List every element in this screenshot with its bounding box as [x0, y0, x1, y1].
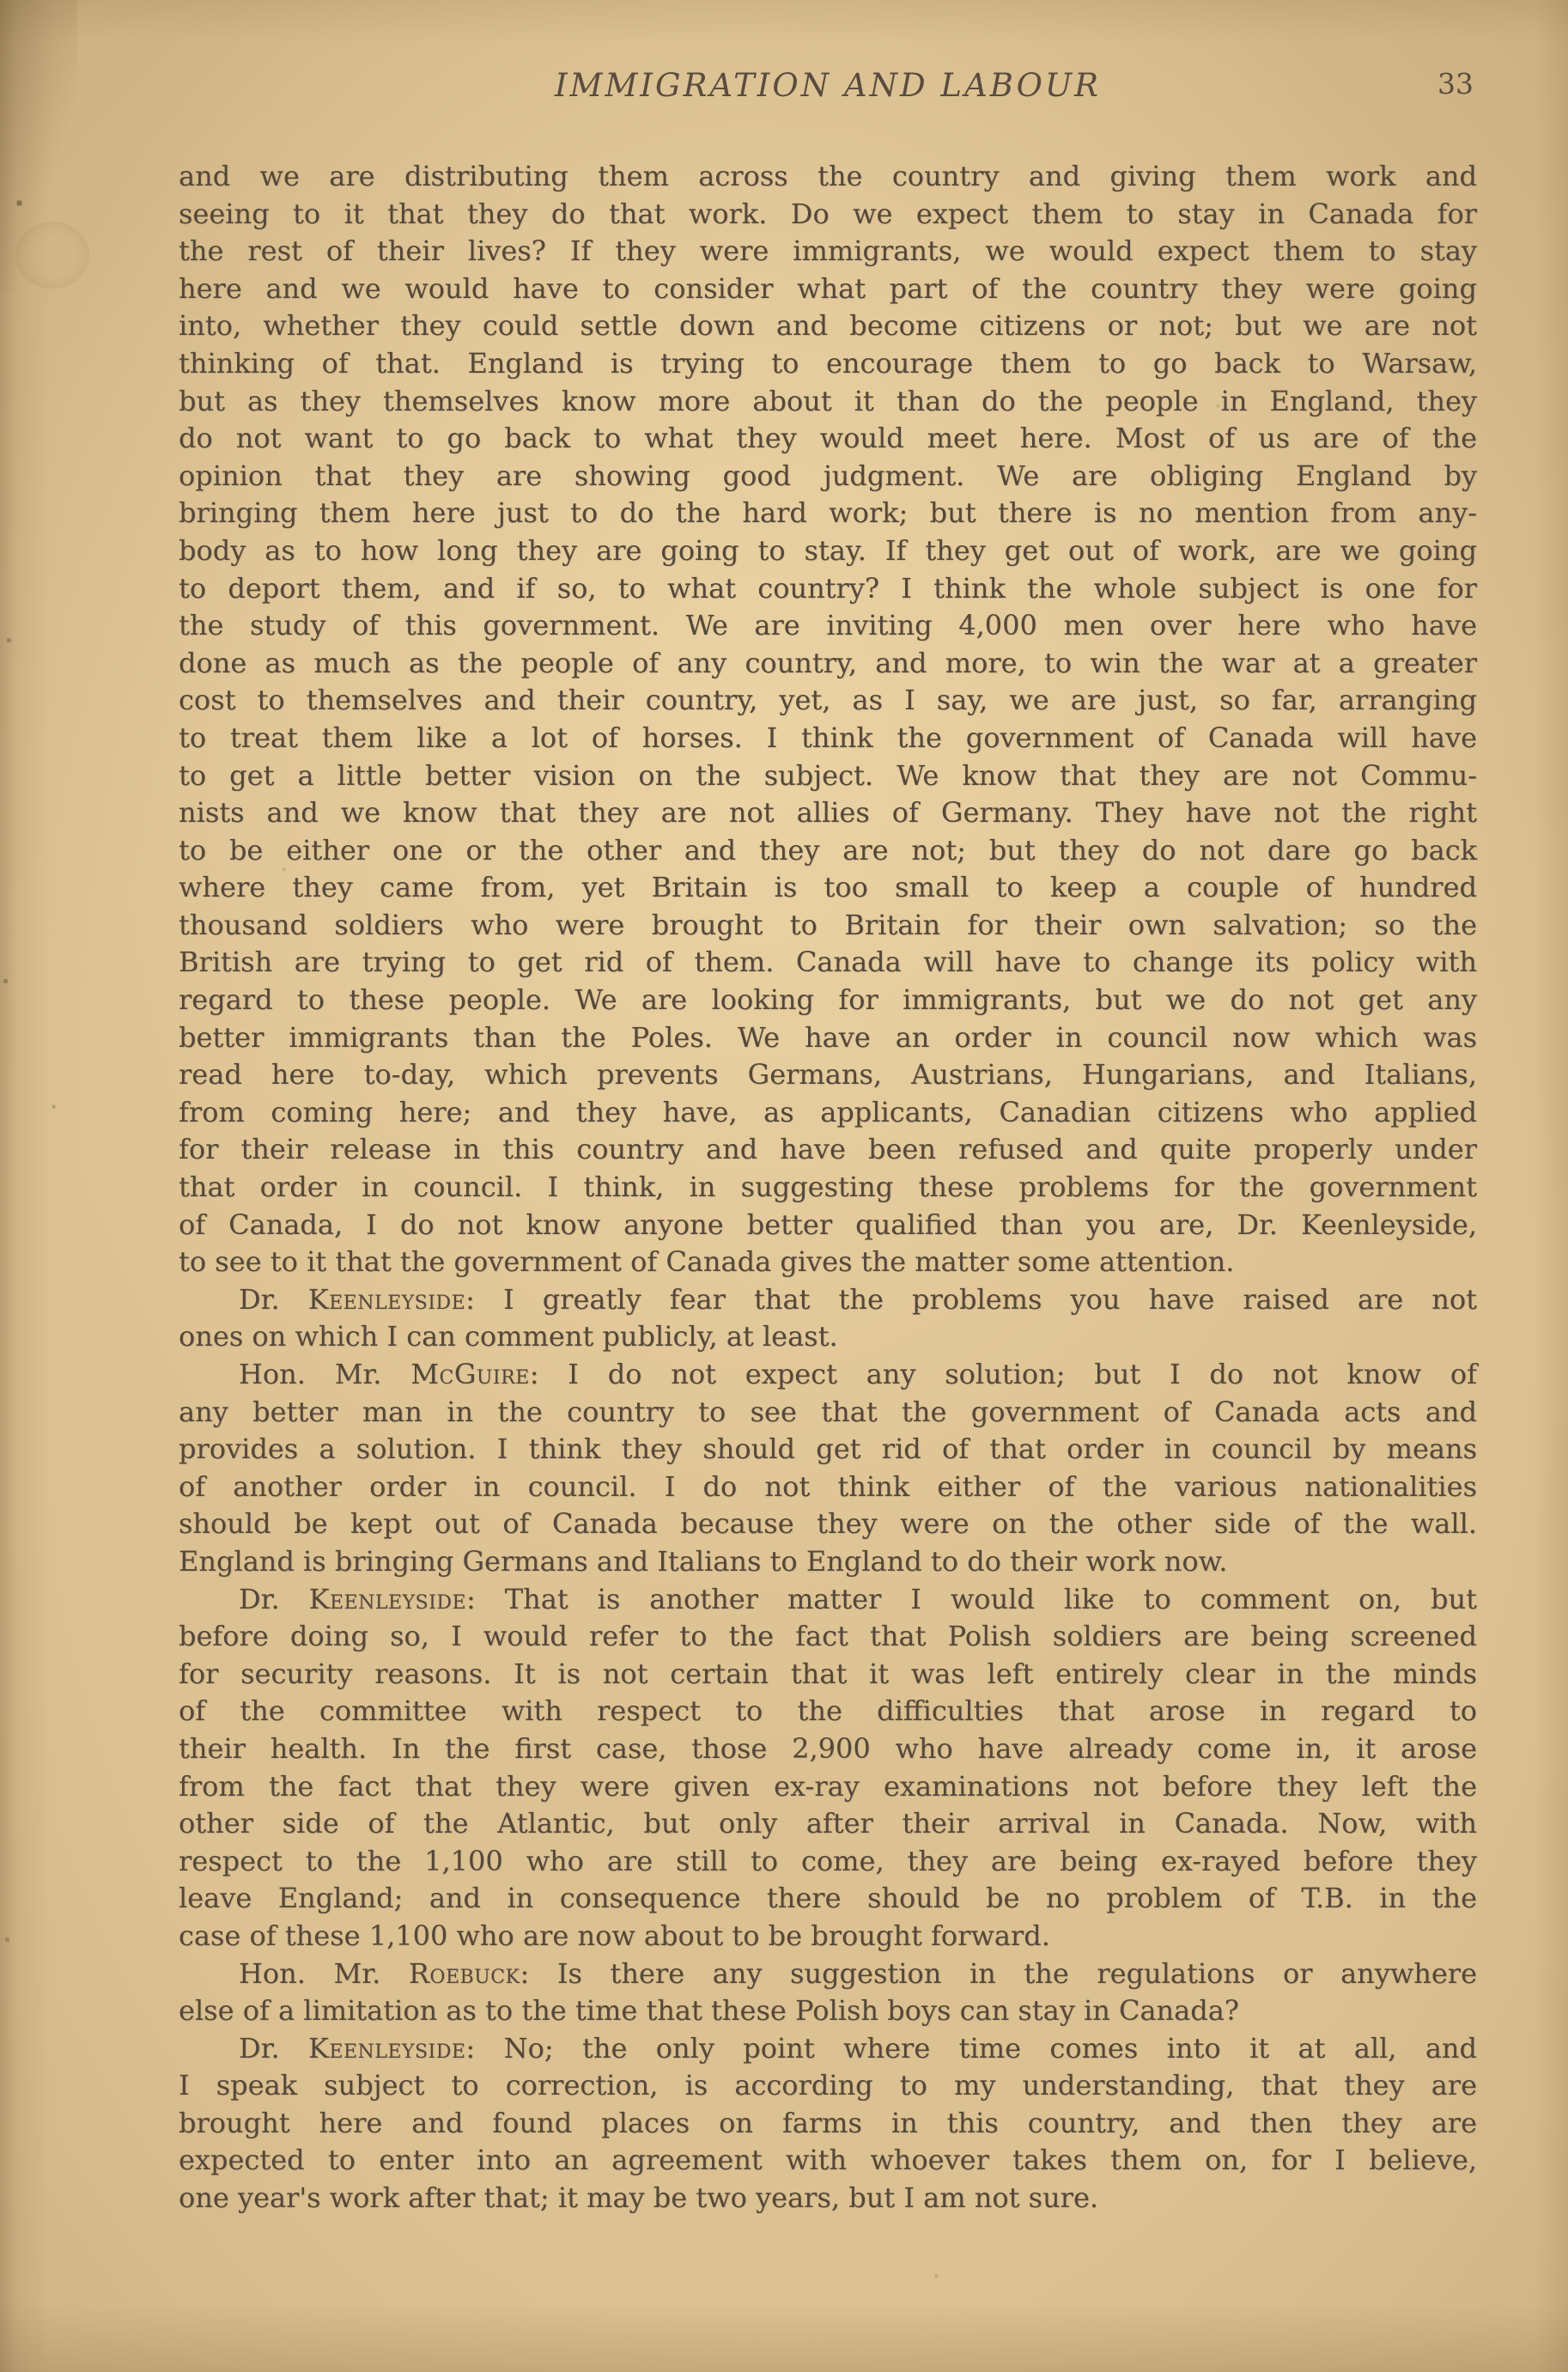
text-line: here and we would have to consider what … [179, 271, 1477, 308]
text-line: to see to it that the government of Cana… [179, 1244, 1477, 1281]
text-line: of the committee with respect to the dif… [179, 1693, 1477, 1730]
speaker-name: Dr. Keenleyside: [239, 1283, 475, 1316]
paper-specks [0, 0, 1, 1]
text-line: Hon. Mr. Roebuck: Is there any suggestio… [179, 1955, 1477, 1993]
speaker-name: Dr. Keenleyside: [239, 2032, 475, 2065]
text-line: where they came from, yet Britain is too… [179, 869, 1477, 907]
page-corner-shadow [0, 0, 77, 292]
text-line: into, whether they could settle down and… [179, 307, 1477, 345]
text-line: regard to these people. We are looking f… [179, 982, 1477, 1019]
text-line: for their release in this country and ha… [179, 1131, 1477, 1169]
text-line: provides a solution. I think they should… [179, 1431, 1477, 1469]
text-line: one year's work after that; it may be tw… [179, 2180, 1477, 2217]
paragraph: Hon. Mr. McGuire: I do not expect any so… [179, 1356, 1477, 1581]
text-line: Dr. Keenleyside: No; the only point wher… [179, 2030, 1477, 2068]
text-line: to treat them like a lot of horses. I th… [179, 720, 1477, 757]
document-body: and we are distributing them across the … [179, 158, 1477, 2217]
speaker-surname: McGuire [410, 1358, 530, 1390]
running-head-title: IMMIGRATION AND LABOUR [179, 67, 1477, 104]
text-line: bringing them here just to do the hard w… [179, 495, 1477, 532]
text-line: and we are distributing them across the … [179, 158, 1477, 196]
paragraph: Dr. Keenleyside: That is another matter … [179, 1581, 1477, 1955]
text-line: read here to-day, which prevents Germans… [179, 1056, 1477, 1094]
text-line: I speak subject to correction, is accord… [179, 2067, 1477, 2105]
speaker-name: Hon. Mr. McGuire: [239, 1358, 539, 1390]
text-line: opinion that they are showing good judgm… [179, 458, 1477, 496]
speaker-surname: Keenleyside [308, 1283, 465, 1316]
text-line: from the fact that they were given ex-ra… [179, 1768, 1477, 1806]
paragraph: and we are distributing them across the … [179, 158, 1477, 1281]
page-number: 33 [1437, 67, 1474, 100]
text-line: British are trying to get rid of them. C… [179, 944, 1477, 982]
paper-stain [15, 222, 89, 289]
text-line: better immigrants than the Poles. We hav… [179, 1019, 1477, 1057]
speaker-surname: Keenleyside [308, 2032, 465, 2065]
text-line: of another order in council. I do not th… [179, 1469, 1477, 1506]
speaker-name: Dr. Keenleyside: [239, 1583, 476, 1615]
text-line: seeing to it that they do that work. Do … [179, 196, 1477, 234]
scanned-page: IMMIGRATION AND LABOUR 33 and we are dis… [0, 0, 1568, 2372]
text-line: but as they themselves know more about i… [179, 383, 1477, 421]
text-line: nists and we know that they are not alli… [179, 794, 1477, 832]
text-line: expected to enter into an agreement with… [179, 2142, 1477, 2180]
text-line: to deport them, and if so, to what count… [179, 570, 1477, 608]
text-line: for security reasons. It is not certain … [179, 1656, 1477, 1694]
text-line: brought here and found places on farms i… [179, 2105, 1477, 2143]
text-line: Hon. Mr. McGuire: I do not expect any so… [179, 1356, 1477, 1394]
text-line: the study of this government. We are inv… [179, 607, 1477, 645]
text-line: cost to themselves and their country, ye… [179, 682, 1477, 720]
text-line: case of these 1,100 who are now about to… [179, 1918, 1477, 1955]
text-line: before doing so, I would refer to the fa… [179, 1618, 1477, 1656]
text-line: should be kept out of Canada because the… [179, 1505, 1477, 1543]
text-line: body as to how long they are going to st… [179, 532, 1477, 570]
text-line: other side of the Atlantic, but only aft… [179, 1805, 1477, 1843]
text-line: else of a limitation as to the time that… [179, 1992, 1477, 2030]
text-line: any better man in the country to see tha… [179, 1394, 1477, 1432]
text-line: from coming here; and they have, as appl… [179, 1094, 1477, 1132]
text-line: Dr. Keenleyside: That is another matter … [179, 1581, 1477, 1619]
text-line: thousand soldiers who were brought to Br… [179, 907, 1477, 945]
paragraph: Dr. Keenleyside: No; the only point wher… [179, 2030, 1477, 2217]
text-line: that order in council. I think, in sugge… [179, 1169, 1477, 1207]
page-header: IMMIGRATION AND LABOUR 33 [179, 67, 1477, 110]
text-line: the rest of their lives? If they were im… [179, 233, 1477, 271]
text-line: done as much as the people of any countr… [179, 645, 1477, 683]
text-line: respect to the 1,100 who are still to co… [179, 1843, 1477, 1881]
text-line: thinking of that. England is trying to e… [179, 345, 1477, 383]
text-line: England is bringing Germans and Italians… [179, 1543, 1477, 1581]
text-line: Dr. Keenleyside: I greatly fear that the… [179, 1281, 1477, 1319]
text-line: leave England; and in consequence there … [179, 1880, 1477, 1918]
speaker-surname: Keenleyside [309, 1583, 466, 1615]
speaker-surname: Roebuck [409, 1957, 520, 1990]
text-line: ones on which I can comment publicly, at… [179, 1318, 1477, 1356]
text-line: of Canada, I do not know anyone better q… [179, 1207, 1477, 1244]
speaker-name: Hon. Mr. Roebuck: [239, 1957, 529, 1990]
text-line: do not want to go back to what they woul… [179, 420, 1477, 458]
paragraph: Hon. Mr. Roebuck: Is there any suggestio… [179, 1955, 1477, 2030]
text-line: their health. In the first case, those 2… [179, 1730, 1477, 1768]
text-line: to be either one or the other and they a… [179, 832, 1477, 870]
text-line: to get a little better vision on the sub… [179, 757, 1477, 795]
paragraph: Dr. Keenleyside: I greatly fear that the… [179, 1281, 1477, 1356]
